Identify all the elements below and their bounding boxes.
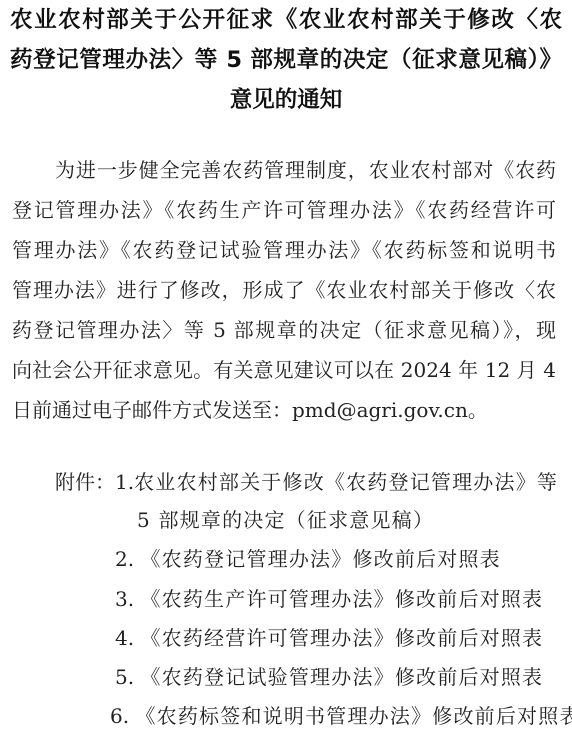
title-line-3: 意见的通知: [10, 80, 562, 120]
attachment-number: 1.: [115, 470, 134, 494]
attachment-number: 3.: [115, 587, 134, 611]
attachment-text: 《农药经营许可管理办法》修改前后对照表: [140, 626, 543, 650]
attachment-text: 《农药标签和说明书管理办法》修改前后对照表: [135, 704, 572, 728]
body-paragraph: 为进一步健全完善农药管理制度，农业农村部对《农药 登记管理办法》《农药生产许可管…: [12, 150, 556, 430]
attachment-item-1: 附件：1.农业农村部关于修改《农药登记管理办法》等: [55, 463, 555, 501]
body-line-4: 管理办法》进行了修改，形成了《农业农村部关于修改〈农: [12, 270, 556, 310]
attachment-item-2: 2. 《农药登记管理办法》修改前后对照表: [115, 540, 501, 578]
body-line-7: 日前通过电子邮件方式发送至：pmd@agri.gov.cn。: [12, 390, 556, 430]
attachment-text: 农业农村部关于修改《农药登记管理办法》等: [134, 470, 558, 494]
document-title: 农业农村部关于公开征求《农业农村部关于修改〈农 药登记管理办法〉等 5 部规章的…: [10, 0, 562, 120]
attachment-text: 5 部规章的决定（征求意见稿）: [137, 508, 434, 532]
attachment-item-4: 4. 《农药经营许可管理办法》修改前后对照表: [115, 619, 543, 657]
attachment-item-5: 5. 《农药登记试验管理办法》修改前后对照表: [115, 658, 543, 696]
attachment-text: 《农药登记试验管理办法》修改前后对照表: [140, 665, 543, 689]
title-line-2: 药登记管理办法〉等 5 部规章的决定（征求意见稿）》: [10, 40, 562, 80]
document-page: 农业农村部关于公开征求《农业农村部关于修改〈农 药登记管理办法〉等 5 部规章的…: [0, 0, 572, 738]
attachment-item-3: 3. 《农药生产许可管理办法》修改前后对照表: [115, 580, 543, 618]
body-line-6: 向社会公开征求意见。有关意见建议可以在 2024 年 12 月 4: [12, 350, 556, 390]
attachment-text: 《农药登记管理办法》修改前后对照表: [140, 547, 500, 571]
attachment-number: 2.: [115, 547, 134, 571]
body-line-3: 管理办法》《农药登记试验管理办法》《农药标签和说明书: [12, 230, 556, 270]
body-line-5: 药登记管理办法〉等 5 部规章的决定（征求意见稿）》，现: [12, 310, 556, 350]
attachment-number: 4.: [115, 626, 134, 650]
attachment-item-1-continued: 5 部规章的决定（征求意见稿）: [137, 501, 434, 539]
body-line-2: 登记管理办法》《农药生产许可管理办法》《农药经营许可: [12, 190, 556, 230]
attachment-number: 6.: [110, 704, 129, 728]
attachment-item-6: 6. 《农药标签和说明书管理办法》修改前后对照表: [110, 697, 572, 735]
attachment-number: 5.: [115, 665, 134, 689]
title-line-1: 农业农村部关于公开征求《农业农村部关于修改〈农: [10, 0, 562, 40]
body-line-1: 为进一步健全完善农药管理制度，农业农村部对《农药: [12, 150, 556, 190]
attachments-label: 附件：: [55, 470, 115, 494]
attachment-text: 《农药生产许可管理办法》修改前后对照表: [140, 587, 543, 611]
